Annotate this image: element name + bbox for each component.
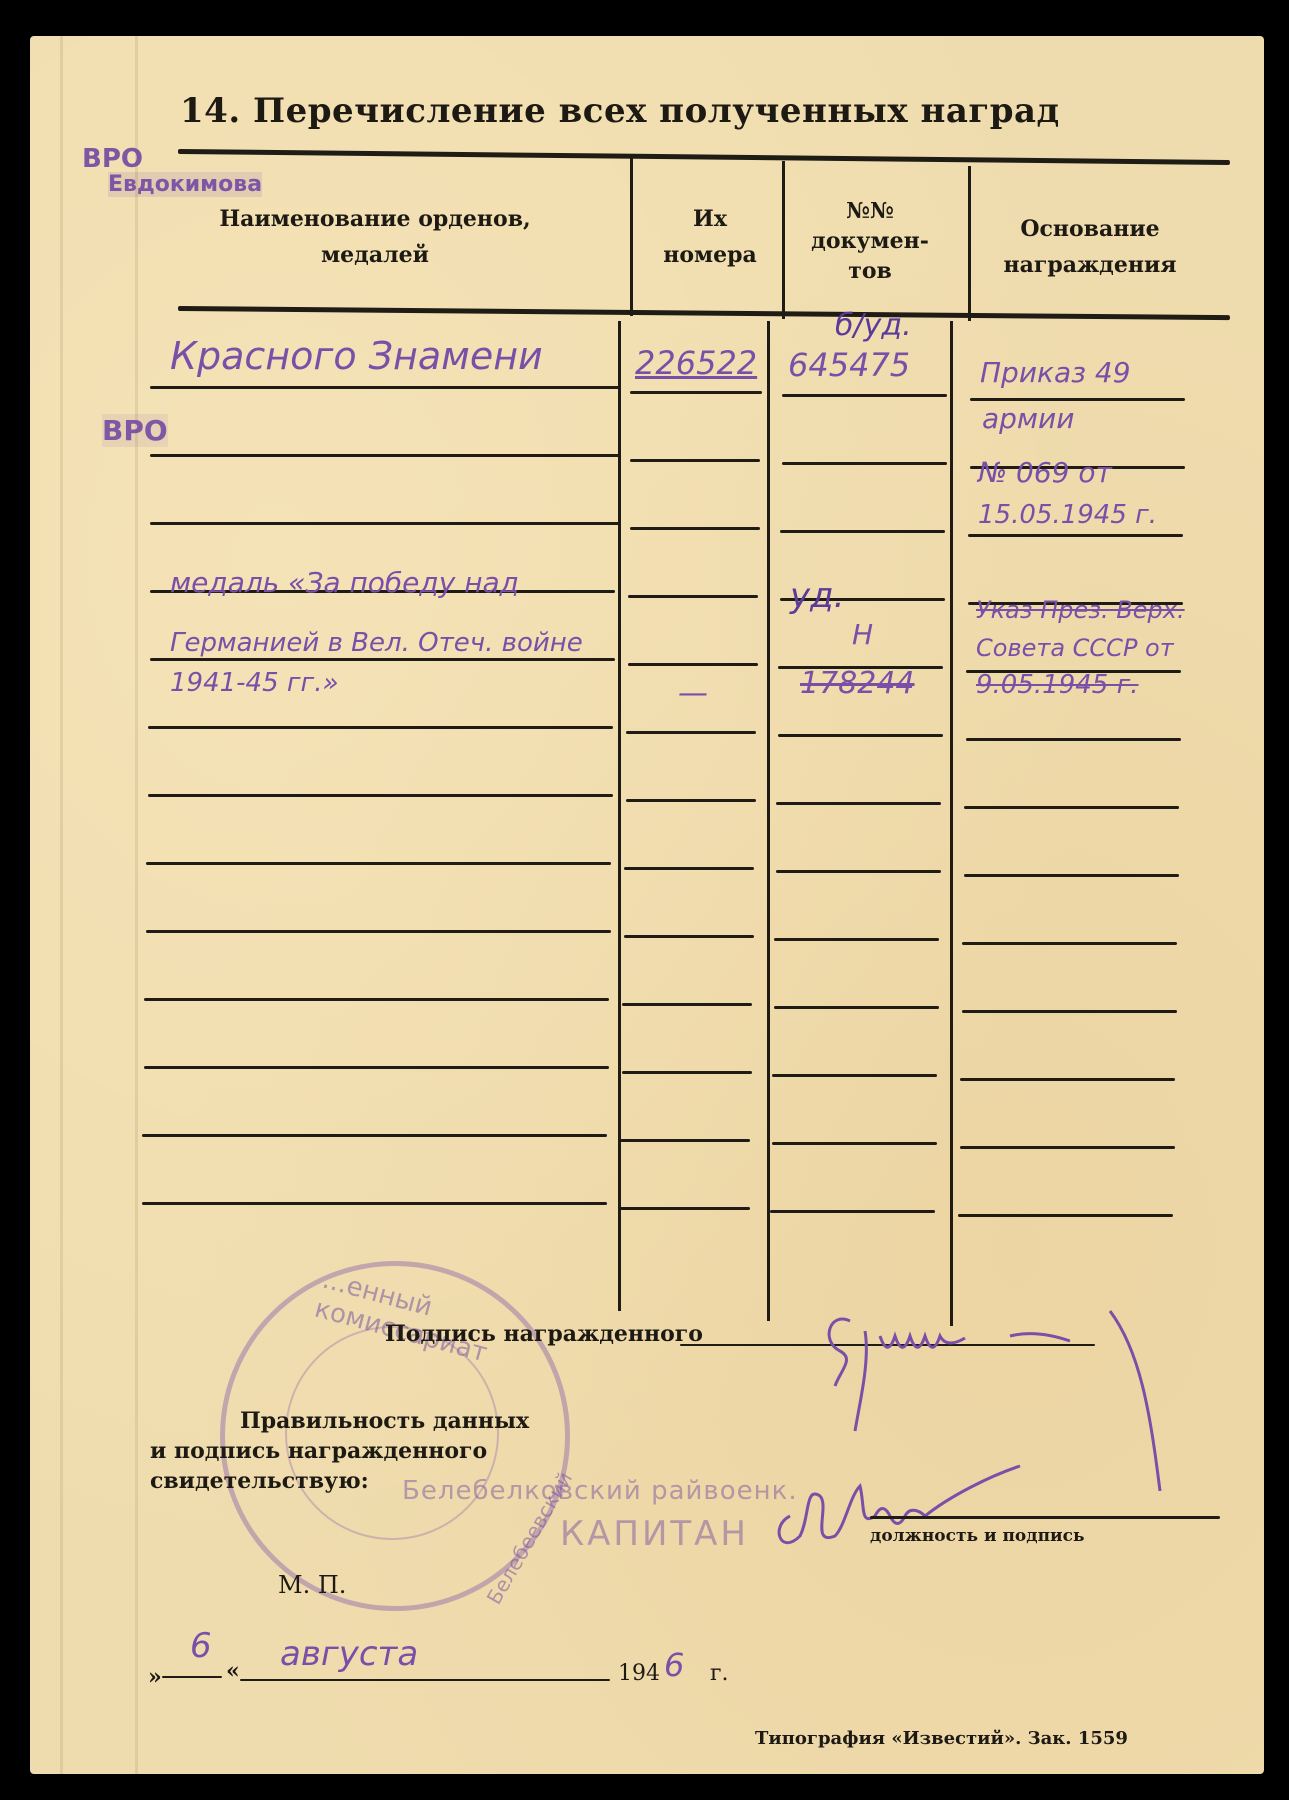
- printer-note: Типография «Известий». Зак. 1559: [755, 1728, 1128, 1749]
- award-basis-line: армии: [982, 402, 1074, 435]
- certification-text-line: и подпись награжденного: [150, 1438, 487, 1464]
- row-line: [770, 1210, 935, 1213]
- column-header-documents: №№ докумен- тов: [790, 196, 950, 286]
- section-title: 14. Перечисление всех полученных наград: [180, 91, 1060, 131]
- date-month: августа: [280, 1634, 418, 1674]
- date-day: 6: [190, 1626, 212, 1666]
- document-series: Н: [852, 618, 873, 651]
- row-line: [960, 1146, 1175, 1149]
- column-header-numbers: Их номера: [635, 201, 785, 273]
- row-line: [620, 1207, 750, 1210]
- award-basis-line: 9.05.1945 г.: [976, 670, 1139, 700]
- title-rule: [178, 149, 1230, 165]
- position-stamp-line: Белебелковский райвоенк.: [402, 1476, 798, 1506]
- row-line: [146, 862, 611, 865]
- date-year-prefix: 194: [618, 1661, 660, 1686]
- award-name-line: 1941-45 гг.»: [170, 668, 339, 698]
- column-divider: [968, 166, 971, 321]
- row-line: [628, 663, 758, 666]
- date-close-quote: «: [226, 1658, 240, 1684]
- seal-place-label: М. П.: [278, 1571, 346, 1599]
- row-line: [142, 1134, 607, 1137]
- paper-fold: [60, 36, 63, 1774]
- registry-stamp-name: Евдокимова: [108, 172, 262, 197]
- row-line: [962, 1010, 1177, 1013]
- column-header-line: медалей: [200, 237, 550, 273]
- position-signature-label: должность и подпись: [870, 1526, 1085, 1546]
- row-line: [624, 935, 754, 938]
- row-line: [628, 595, 758, 598]
- row-line: [150, 386, 620, 389]
- column-divider: [618, 321, 621, 1311]
- document-number: 178244: [800, 666, 915, 701]
- row-line: [630, 527, 760, 530]
- column-header-line: Основание: [970, 211, 1210, 247]
- row-line: [964, 874, 1179, 877]
- column-header-line: Их: [635, 201, 785, 237]
- row-line: [968, 534, 1183, 537]
- award-basis-line: Приказ 49: [980, 356, 1131, 389]
- awardee-signature-label: Подпись награжденного: [385, 1321, 703, 1347]
- document-note: уд.: [790, 576, 844, 616]
- award-record-page: 14. Перечисление всех полученных наград …: [30, 36, 1264, 1774]
- row-line: [630, 459, 760, 462]
- paper-fold: [135, 36, 138, 1774]
- row-line: [146, 930, 611, 933]
- row-line: [622, 1003, 752, 1006]
- row-line: [626, 799, 756, 802]
- column-header-line: Наименование орденов,: [200, 201, 550, 237]
- official-round-seal: ...енный комиссариат Белебеевский: [220, 1261, 570, 1611]
- row-line: [776, 802, 941, 805]
- award-name: Красного Знамени: [170, 334, 543, 378]
- award-basis-line: Совета СССР от: [976, 634, 1174, 662]
- award-basis-line: № 069 от: [978, 456, 1112, 489]
- column-header-award-name: Наименование орденов, медалей: [200, 201, 550, 273]
- certification-text-line: свидетельствую:: [150, 1468, 369, 1494]
- row-line: [622, 1071, 752, 1074]
- header-rule: [178, 306, 1230, 320]
- row-line: [966, 738, 1181, 741]
- row-line: [144, 1066, 609, 1069]
- row-line: [620, 1139, 750, 1142]
- row-line: [142, 1202, 607, 1205]
- row-line: [626, 731, 756, 734]
- row-line: [150, 658, 615, 661]
- date-day-line: [162, 1676, 222, 1678]
- certification-text-line: Правильность данных: [240, 1408, 529, 1434]
- row-line: [772, 1142, 937, 1145]
- row-line: [148, 794, 613, 797]
- row-line: [970, 398, 1185, 401]
- row-line: [962, 942, 1177, 945]
- date-open-quote: »: [148, 1664, 162, 1690]
- column-divider: [782, 161, 785, 319]
- award-number: 226522: [635, 344, 757, 382]
- column-divider: [950, 321, 953, 1326]
- award-basis-line: Указ През. Верх.: [976, 596, 1185, 624]
- award-basis-line: 15.05.1945 г.: [978, 500, 1157, 530]
- column-header-line: №№: [790, 196, 950, 226]
- officer-signature: [750, 1456, 1050, 1566]
- date-year-unit: г.: [710, 1661, 729, 1686]
- column-header-line: номера: [635, 237, 785, 273]
- date-month-line: [240, 1679, 610, 1681]
- row-line: [144, 998, 609, 1001]
- row-line: [958, 1214, 1173, 1217]
- row-line: [774, 1006, 939, 1009]
- registry-stamp: ВРО: [82, 144, 143, 174]
- document-note: б/уд.: [835, 308, 912, 343]
- date-year-suffix: 6: [664, 1646, 684, 1684]
- row-line: [780, 530, 945, 533]
- row-line: [148, 726, 613, 729]
- award-number: —: [678, 676, 708, 711]
- row-line: [630, 391, 762, 394]
- row-line: [782, 394, 947, 397]
- position-stamp-line: КАПИТАН: [560, 1514, 749, 1554]
- column-header-line: тов: [790, 256, 950, 286]
- row-line: [772, 1074, 937, 1077]
- column-divider: [767, 321, 770, 1321]
- award-name-line: медаль «За победу над: [170, 566, 519, 599]
- row-line: [774, 938, 939, 941]
- row-line: [776, 870, 941, 873]
- award-name-line: Германией в Вел. Отеч. войне: [170, 628, 583, 658]
- row-line: [960, 1078, 1175, 1081]
- column-header-basis: Основание награждения: [970, 211, 1210, 283]
- row-line: [624, 867, 754, 870]
- column-divider: [630, 156, 633, 316]
- registry-stamp: ВРО: [102, 414, 168, 447]
- row-line: [964, 806, 1179, 809]
- row-line: [150, 454, 620, 457]
- document-number: 645475: [788, 346, 910, 384]
- column-header-line: награждения: [970, 247, 1210, 283]
- row-line: [150, 522, 620, 525]
- position-signature-line: [870, 1516, 1220, 1519]
- column-header-line: докумен-: [790, 226, 950, 256]
- row-line: [778, 734, 943, 737]
- row-line: [782, 462, 947, 465]
